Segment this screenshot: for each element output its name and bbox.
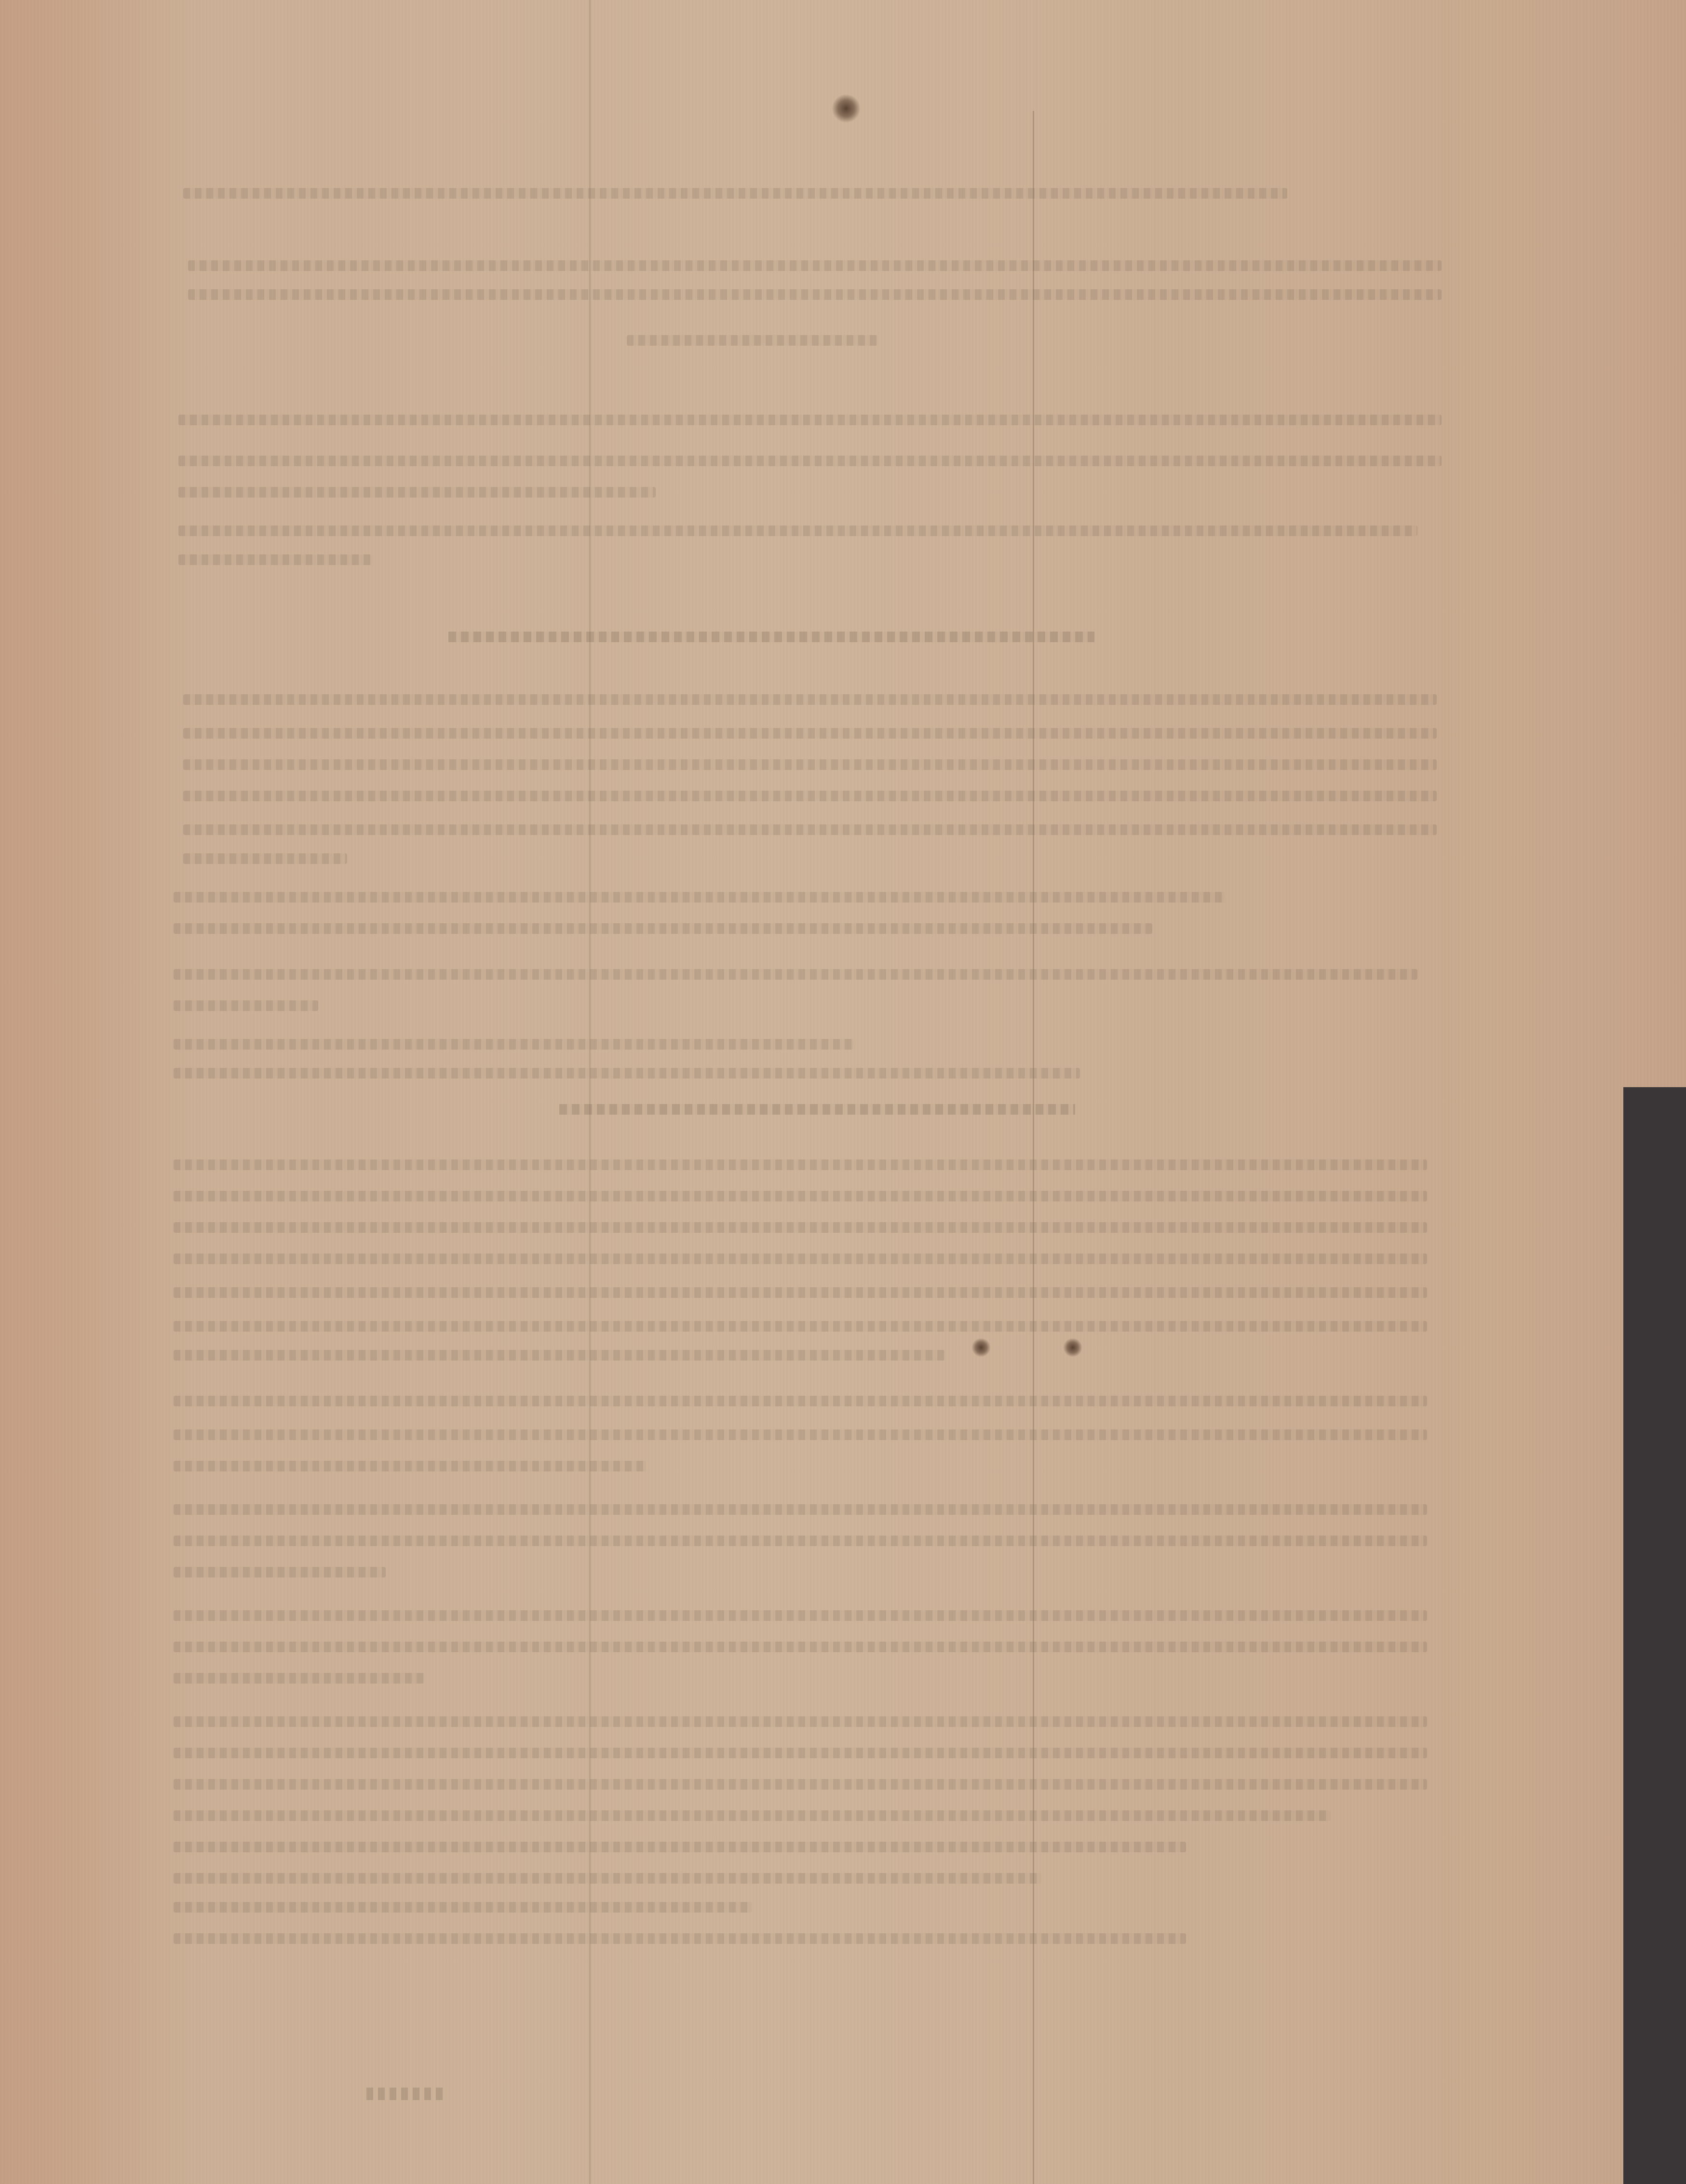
section-heading-1: [illegible]: [448, 632, 1094, 642]
fold-line-left: [589, 0, 591, 2184]
page-number: [illegible]: [366, 2088, 444, 2100]
scanned-page: [illegible] [illegible]: [0, 0, 1686, 2184]
ink-spot-top: [832, 94, 861, 123]
section-heading-2: [illegible]: [559, 1104, 1075, 1115]
ink-spot-mid-left: [971, 1338, 991, 1357]
scanner-edge-bar: [1623, 1087, 1686, 2184]
ink-spot-mid-right: [1063, 1338, 1082, 1357]
